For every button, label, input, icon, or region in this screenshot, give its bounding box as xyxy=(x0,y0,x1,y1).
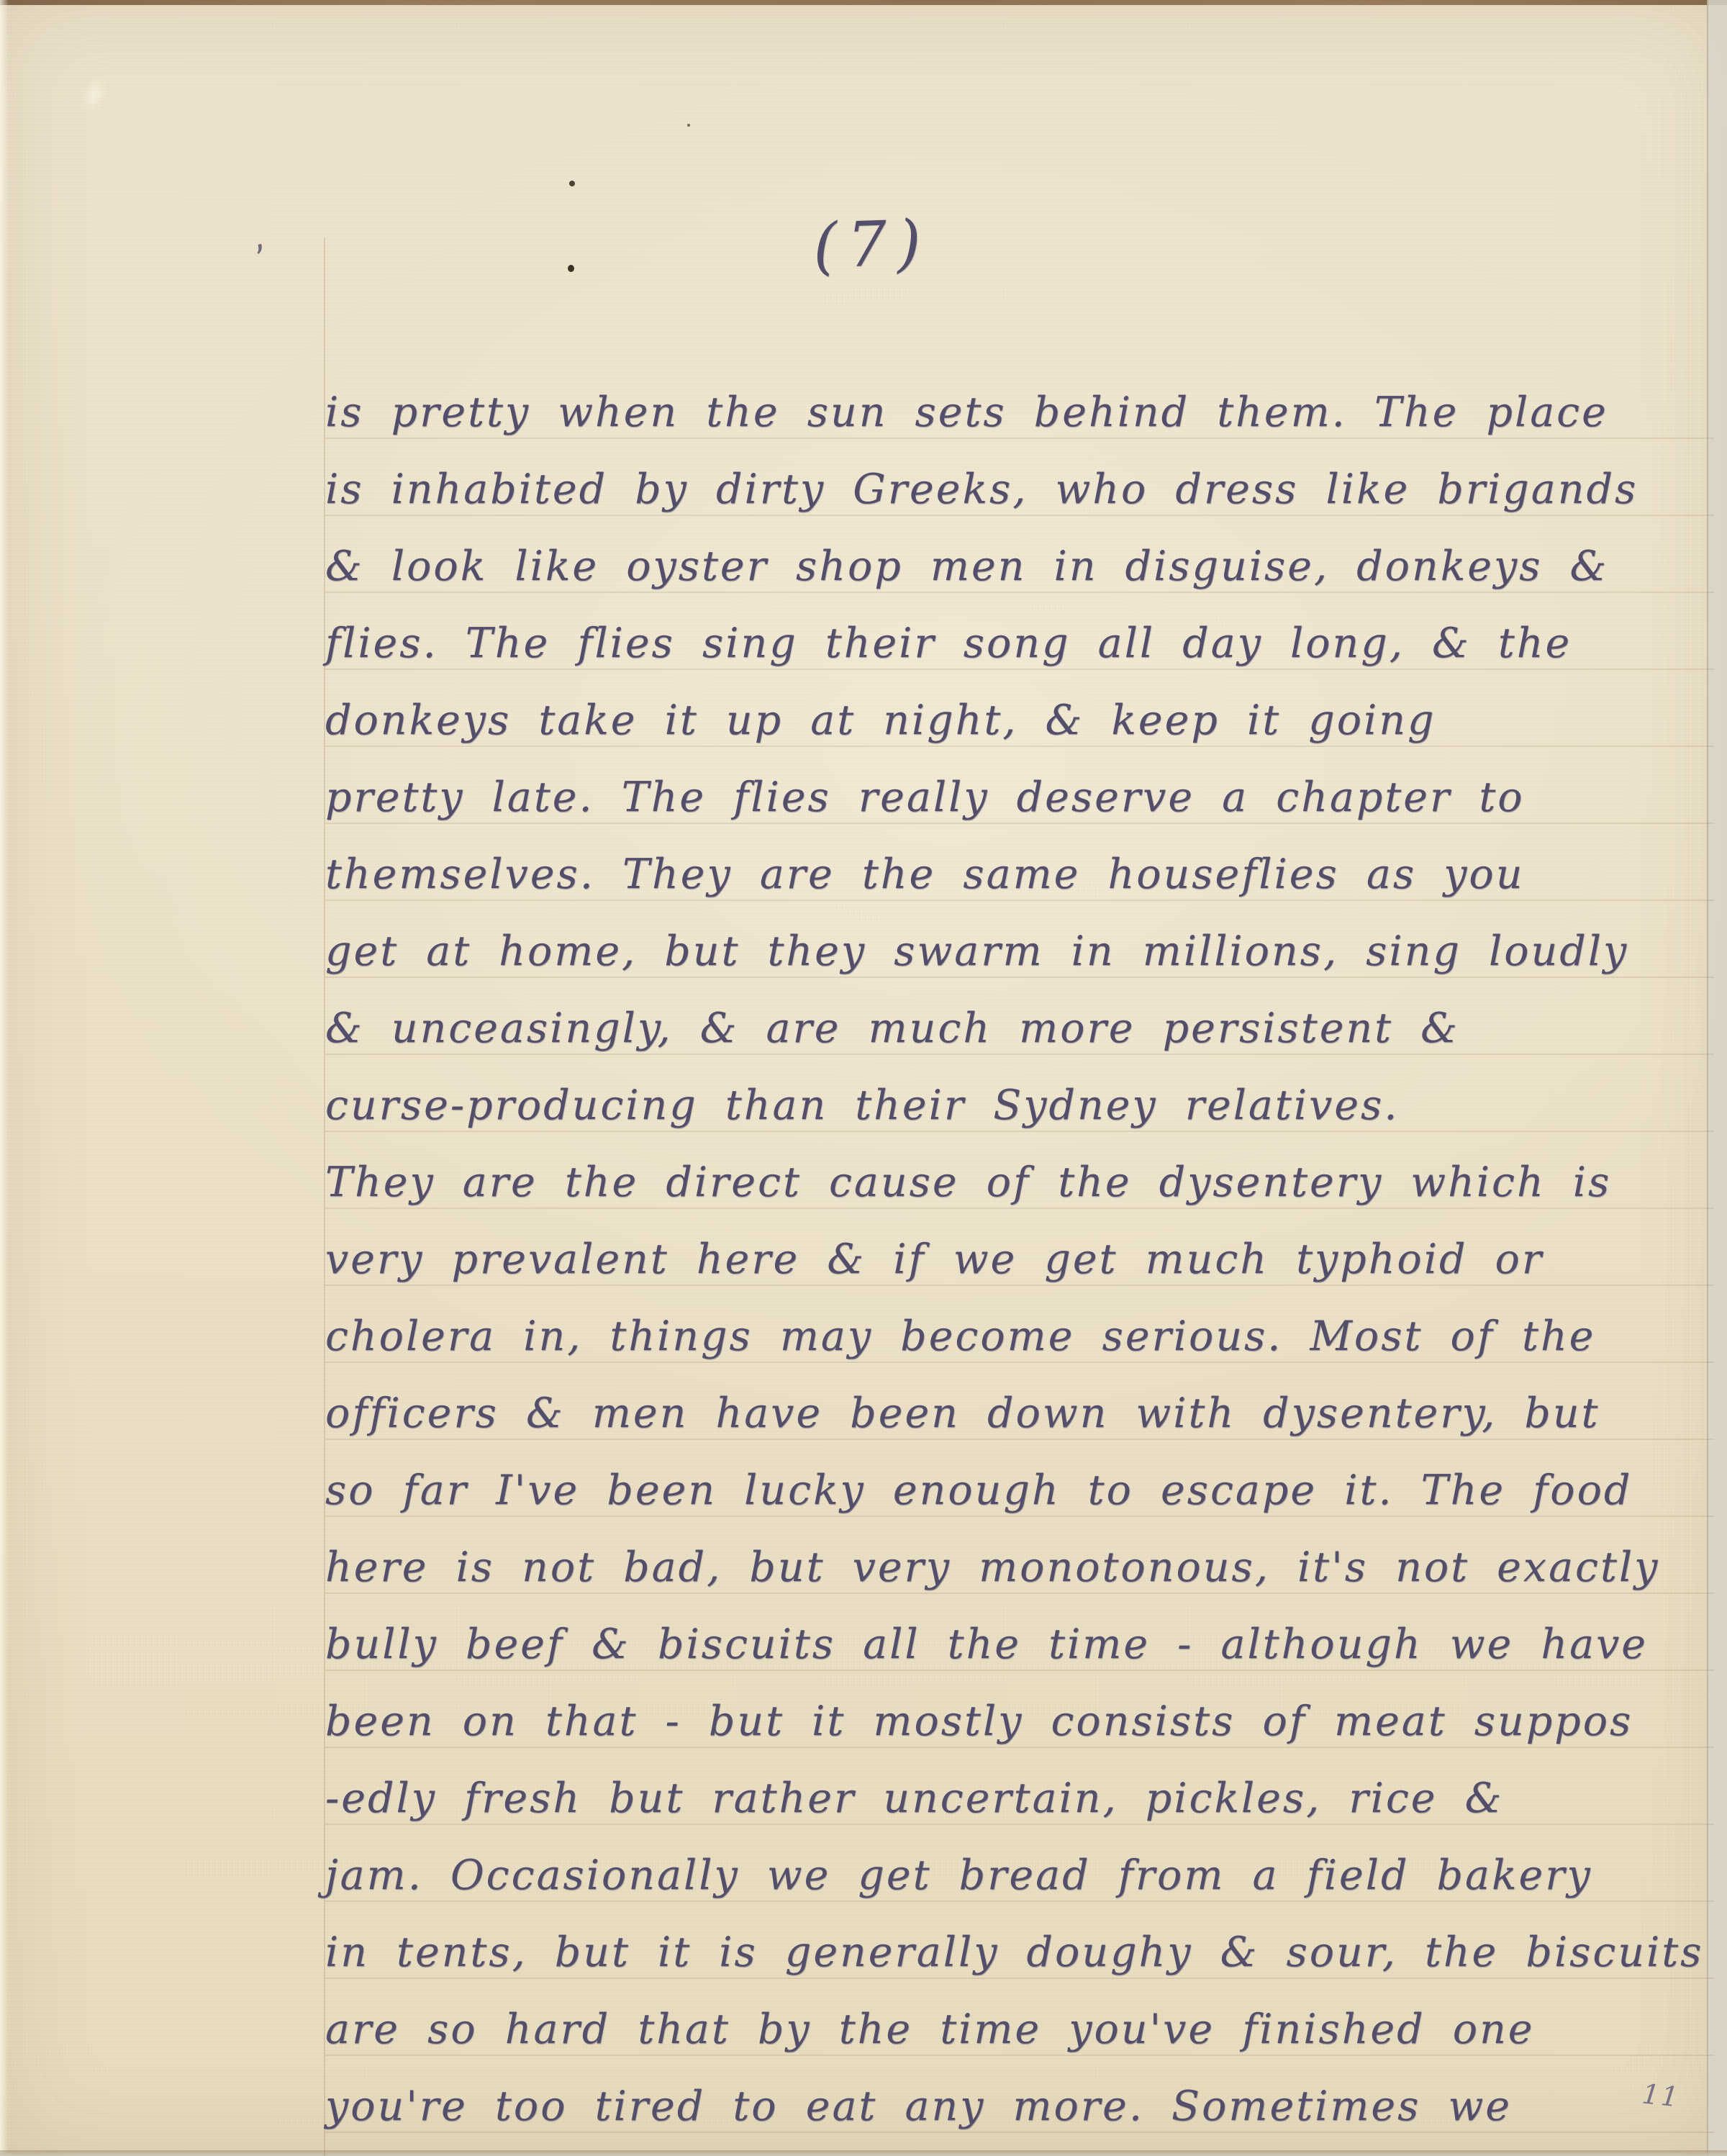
handwritten-line: are so hard that by the time you've fini… xyxy=(325,1991,1714,2068)
paper-dent-mark xyxy=(78,73,111,114)
handwritten-line: in tents, but it is generally doughy & s… xyxy=(325,1914,1714,1991)
page-top-edge xyxy=(0,0,1727,5)
handwritten-line: cholera in, things may become serious. M… xyxy=(325,1298,1714,1375)
page-left-edge xyxy=(0,0,9,2156)
handwritten-line: themselves. They are the same houseflies… xyxy=(325,836,1714,913)
handwritten-line: been on that - but it mostly consists of… xyxy=(325,1683,1714,1760)
handwritten-line: They are the direct cause of the dysente… xyxy=(325,1144,1714,1221)
handwritten-line: jam. Occasionally we get bread from a fi… xyxy=(325,1837,1714,1914)
handwritten-line: pretty late. The flies really deserve a … xyxy=(325,759,1714,836)
handwritten-line: is inhabited by dirty Greeks, who dress … xyxy=(325,451,1714,528)
handwritten-line: here is not bad, but very monotonous, it… xyxy=(325,1529,1714,1606)
handwritten-line: is pretty when the sun sets behind them.… xyxy=(325,374,1714,451)
handwritten-line: -edly fresh but rather uncertain, pickle… xyxy=(325,1760,1714,1837)
handwritten-line: & unceasingly, & are much more persisten… xyxy=(325,990,1714,1067)
handwritten-line: & look like oyster shop men in disguise,… xyxy=(325,528,1714,605)
stray-ink-mark: ’ xyxy=(251,237,273,281)
handwritten-line: so far I've been lucky enough to escape … xyxy=(325,1452,1714,1529)
handwritten-line: officers & men have been down with dysen… xyxy=(325,1375,1714,1452)
page-bottom-edge xyxy=(0,2150,1727,2156)
letter-body: is pretty when the sun sets behind them.… xyxy=(325,374,1714,2145)
handwritten-line: bully beef & biscuits all the time - alt… xyxy=(325,1606,1714,1683)
pencil-page-mark: 11 xyxy=(1641,2078,1682,2113)
ink-speck xyxy=(568,265,574,272)
handwritten-line: very prevalent here & if we get much typ… xyxy=(325,1221,1714,1298)
handwritten-line: you're too tired to eat any more. Someti… xyxy=(325,2068,1714,2145)
handwritten-line: get at home, but they swarm in millions,… xyxy=(325,913,1714,990)
page-number: (7) xyxy=(812,207,932,283)
letter-page: ’ (7) is pretty when the sun sets behind… xyxy=(0,0,1727,2156)
handwritten-line: curse-producing than their Sydney relati… xyxy=(325,1067,1714,1144)
handwritten-line: flies. The flies sing their song all day… xyxy=(325,605,1714,682)
ink-speck xyxy=(687,124,690,127)
ink-speck xyxy=(569,181,575,186)
handwritten-line: donkeys take it up at night, & keep it g… xyxy=(325,682,1714,759)
